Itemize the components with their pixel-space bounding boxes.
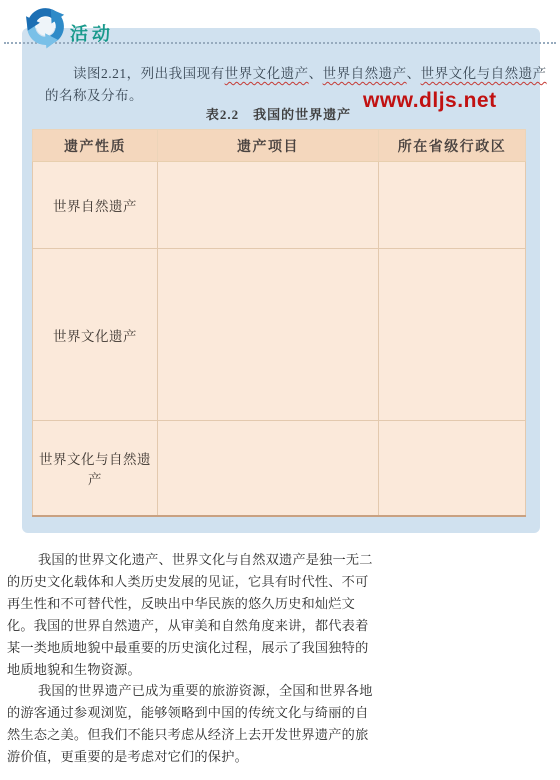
blank-cell xyxy=(379,249,526,421)
text-line: 的历史文化载体和人类历史发展的见证，它具有时代性、不可 xyxy=(7,571,373,593)
blank-cell xyxy=(158,421,379,516)
heritage-term-underlined: 世界文化与自然遗产 xyxy=(421,66,547,81)
cycle-arrows-icon xyxy=(23,3,68,50)
row-label-natural-heritage: 世界自然遗产 xyxy=(33,162,158,249)
heritage-table: 遗产性质 遗产项目 所在省级行政区 世界自然遗产 世界文化遗产 世界文化与自然遗… xyxy=(32,129,526,517)
blank-cell xyxy=(158,249,379,421)
table-caption: 表2.2 我国的世界遗产 xyxy=(32,104,525,123)
blank-cell xyxy=(158,162,379,249)
blank-cell xyxy=(379,421,526,516)
heritage-term-underlined: 世界自然遗产 xyxy=(323,66,407,81)
text-line: 地质地貌和生物资源。 xyxy=(7,659,373,681)
text-line: 我国的世界文化遗产、世界文化与自然双遗产是独一无二 xyxy=(7,549,373,571)
text-line: 再生性和不可替代性，反映出中华民族的悠久历史和灿烂文 xyxy=(7,593,373,615)
column-header-heritage-type: 遗产性质 xyxy=(33,130,158,162)
table-row: 世界自然遗产 xyxy=(33,162,526,249)
column-header-heritage-item: 遗产项目 xyxy=(158,130,379,162)
prompt-segment: 读图2.21，列出我国现有 xyxy=(73,66,225,81)
table-row: 世界文化与自然遗产 xyxy=(33,421,526,516)
table-row: 世界文化遗产 xyxy=(33,249,526,421)
text-line: 然生态之美。但我们不能只考虑从经济上去开发世界遗产的旅 xyxy=(7,724,373,746)
text-line: 化。我国的世界自然遗产，从审美和自然角度来讲，都代表着 xyxy=(7,615,373,637)
column-header-region: 所在省级行政区 xyxy=(379,130,526,162)
table-header-row: 遗产性质 遗产项目 所在省级行政区 xyxy=(33,130,526,162)
blank-cell xyxy=(379,162,526,249)
text-line: 某一类地质地貌中最重要的历史演化过程，展示了我国独特的 xyxy=(7,637,373,659)
prompt-segment: 、 xyxy=(407,66,421,81)
text-line: 我国的世界遗产已成为重要的旅游资源，全国和世界各地 xyxy=(7,680,373,702)
textbook-page: 活动 读图2.21，列出我国现有世界文化遗产、世界自然遗产、世界文化与自然遗产 … xyxy=(0,0,560,780)
activity-title: 活动 xyxy=(70,20,114,46)
prompt-line-1: 读图2.21，列出我国现有世界文化遗产、世界自然遗产、世界文化与自然遗产 xyxy=(45,63,537,85)
row-label-mixed-heritage: 世界文化与自然遗产 xyxy=(33,421,158,516)
prompt-segment: 、 xyxy=(309,66,323,81)
text-line: 游价值，更重要的是考虑对它们的保护。 xyxy=(7,746,373,768)
body-text: 我国的世界文化遗产、世界文化与自然双遗产是独一无二 的历史文化载体和人类历史发展… xyxy=(7,549,373,768)
heritage-term-underlined: 世界文化遗产 xyxy=(225,66,309,81)
row-label-cultural-heritage: 世界文化遗产 xyxy=(33,249,158,421)
text-line: 的游客通过参观浏览，能够领略到中国的传统文化与绮丽的自 xyxy=(7,702,373,724)
